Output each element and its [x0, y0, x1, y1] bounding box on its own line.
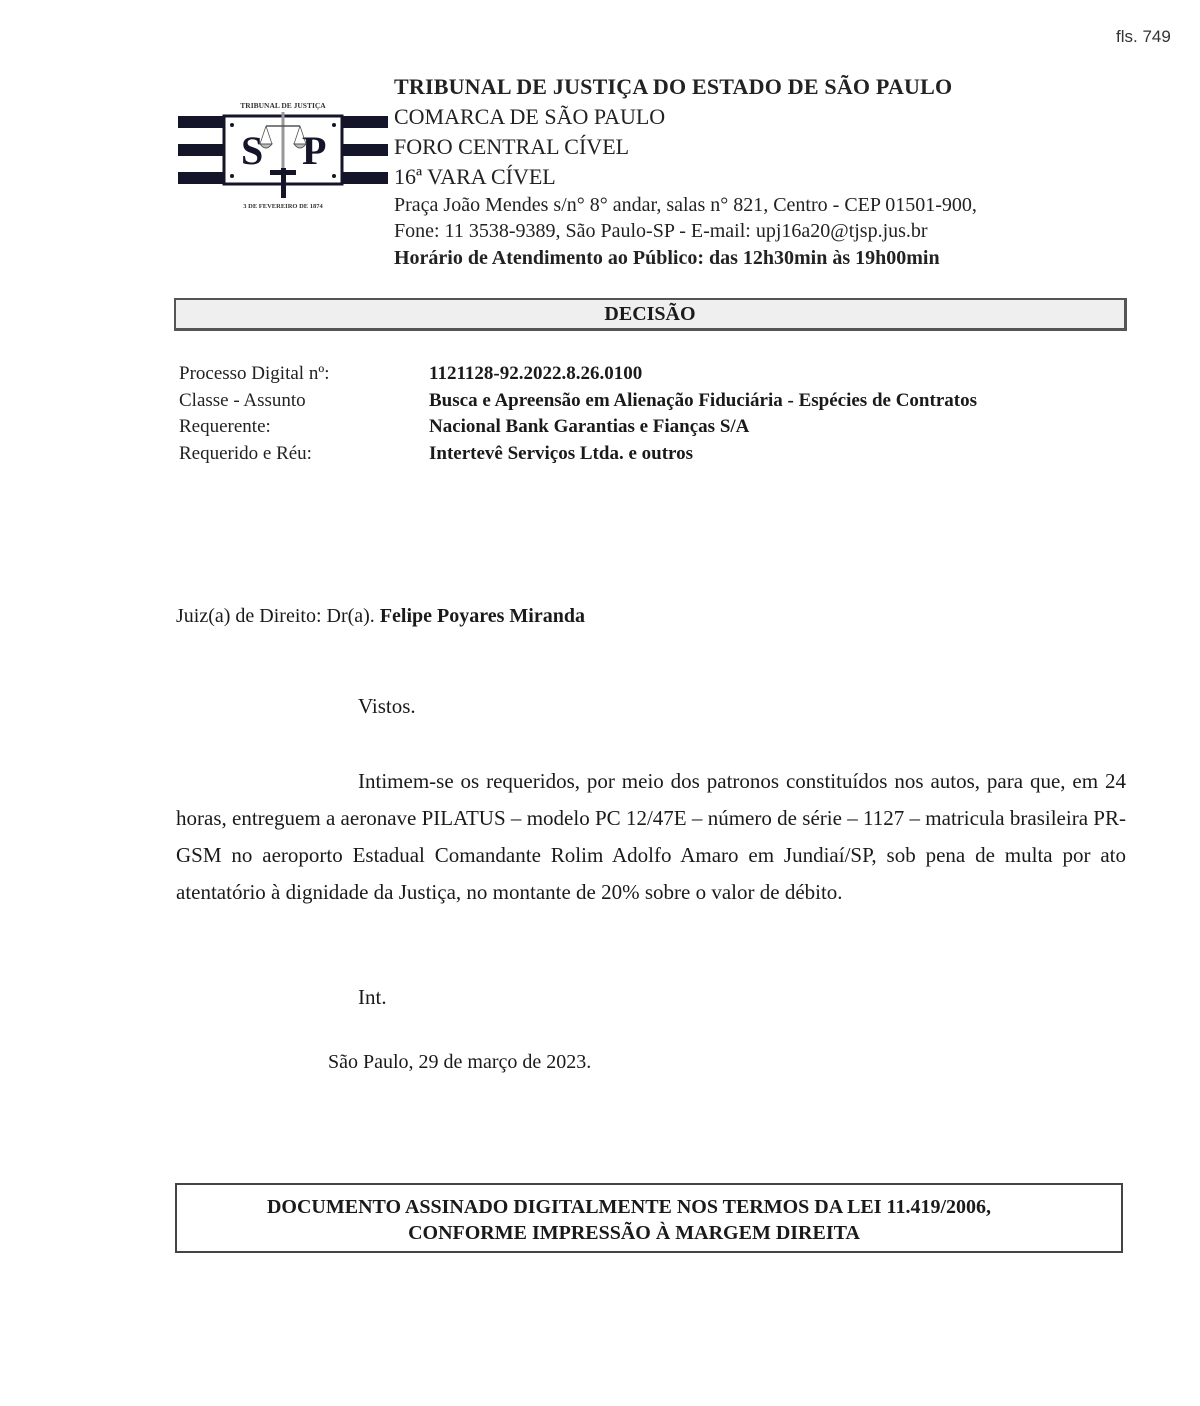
case-label: Requerido e Réu:	[179, 441, 429, 468]
document-title: DECISÃO	[174, 298, 1127, 331]
closing-text: Int.	[358, 985, 387, 1010]
logo-letter-s: S	[241, 128, 263, 173]
judge-label: Juiz(a) de Direito: Dr(a).	[176, 605, 375, 627]
tjsp-logo: TRIBUNAL DE JUSTIÇA S P 3 DE FEVEREIRO D…	[178, 98, 388, 210]
logo-letter-p: P	[302, 128, 326, 173]
case-label: Requerente:	[179, 414, 429, 441]
place-date: São Paulo, 29 de março de 2023.	[328, 1051, 591, 1074]
page-number: fls. 749	[1116, 27, 1171, 47]
vara: 16ª VARA CÍVEL	[394, 162, 977, 192]
court-address: Praça João Mendes s/n° 8° andar, salas n…	[394, 192, 977, 218]
court-contact: Fone: 11 3538-9389, São Paulo-SP - E-mai…	[394, 218, 977, 244]
case-value: 1121128-92.2022.8.26.0100	[429, 361, 642, 388]
signature-line-1: DOCUMENTO ASSINADO DIGITALMENTE NOS TERM…	[177, 1194, 1121, 1220]
logo-top-text: TRIBUNAL DE JUSTIÇA	[240, 101, 326, 110]
digital-signature-notice: DOCUMENTO ASSINADO DIGITALMENTE NOS TERM…	[175, 1183, 1123, 1253]
case-row-defendant: Requerido e Réu: Intertevê Serviços Ltda…	[179, 441, 977, 468]
court-header: TRIBUNAL DE JUSTIÇA DO ESTADO DE SÃO PAU…	[394, 72, 977, 272]
case-info: Processo Digital nº: 1121128-92.2022.8.2…	[179, 361, 977, 467]
case-row-plaintiff: Requerente: Nacional Bank Garantias e Fi…	[179, 414, 977, 441]
signature-line-2: CONFORME IMPRESSÃO À MARGEM DIREITA	[177, 1220, 1121, 1246]
comarca: COMARCA DE SÃO PAULO	[394, 102, 977, 132]
logo-bottom-text: 3 DE FEVEREIRO DE 1874	[243, 203, 323, 210]
case-label: Processo Digital nº:	[179, 361, 429, 388]
case-value: Busca e Apreensão em Alienação Fiduciári…	[429, 388, 977, 415]
foro: FORO CENTRAL CÍVEL	[394, 132, 977, 162]
case-row-class: Classe - Assunto Busca e Apreensão em Al…	[179, 388, 977, 415]
case-value: Intertevê Serviços Ltda. e outros	[429, 441, 693, 468]
judge-name: Felipe Poyares Miranda	[380, 605, 585, 627]
case-label: Classe - Assunto	[179, 388, 429, 415]
service-hours: Horário de Atendimento ao Público: das 1…	[394, 244, 977, 272]
judge-line: Juiz(a) de Direito: Dr(a). Felipe Poyare…	[176, 605, 585, 628]
decision-paragraph: Intimem-se os requeridos, por meio dos p…	[176, 763, 1126, 911]
case-value: Nacional Bank Garantias e Fianças S/A	[429, 414, 749, 441]
case-row-process: Processo Digital nº: 1121128-92.2022.8.2…	[179, 361, 977, 388]
opening-text: Vistos.	[358, 694, 416, 719]
court-name: TRIBUNAL DE JUSTIÇA DO ESTADO DE SÃO PAU…	[394, 72, 977, 102]
